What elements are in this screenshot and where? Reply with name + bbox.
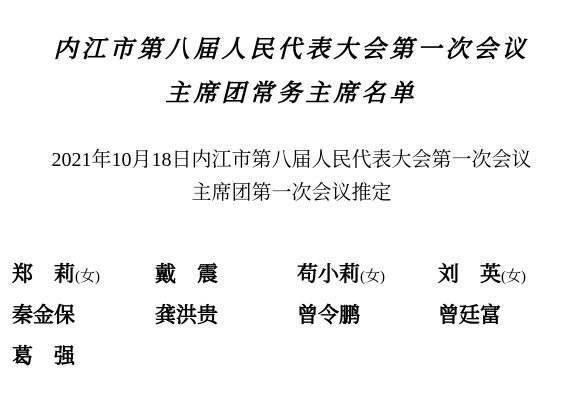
- name-entry: 郑莉(女): [12, 262, 100, 289]
- name-part: 曾令鹏: [297, 303, 360, 327]
- name-part: 震: [197, 262, 218, 286]
- gender-note: (女): [75, 269, 100, 285]
- name-entry: 秦金保: [12, 303, 75, 327]
- name-entry: 苟小莉(女): [297, 262, 385, 289]
- name-part: 苟小莉: [297, 262, 360, 286]
- name-entry: 戴震: [155, 262, 218, 286]
- document-subtitle-line-2: 主席团第一次会议推定: [0, 180, 583, 206]
- name-part: 曾廷富: [438, 303, 501, 327]
- name-entry: 刘英(女): [438, 262, 526, 289]
- name-part: 强: [54, 344, 75, 368]
- gender-note: (女): [501, 269, 526, 285]
- document-title-line-2: 主席团常务主席名单: [0, 78, 583, 108]
- name-part: 龚洪贵: [155, 303, 218, 327]
- name-entry: 曾廷富: [438, 303, 501, 327]
- name-entry: 龚洪贵: [155, 303, 218, 327]
- name-part: 戴: [155, 262, 176, 286]
- name-entry: 葛强: [12, 344, 75, 368]
- gender-note: (女): [360, 269, 385, 285]
- name-part: 莉: [54, 262, 75, 286]
- document-title-line-1: 内江市第八届人民代表大会第一次会议: [0, 34, 583, 64]
- name-part: 刘: [438, 262, 459, 286]
- name-part: 郑: [12, 262, 33, 286]
- document-subtitle-line-1: 2021年10月18日内江市第八届人民代表大会第一次会议: [0, 147, 583, 173]
- name-part: 英: [480, 262, 501, 286]
- name-entry: 曾令鹏: [297, 303, 360, 327]
- name-part: 葛: [12, 344, 33, 368]
- name-part: 秦金保: [12, 303, 75, 327]
